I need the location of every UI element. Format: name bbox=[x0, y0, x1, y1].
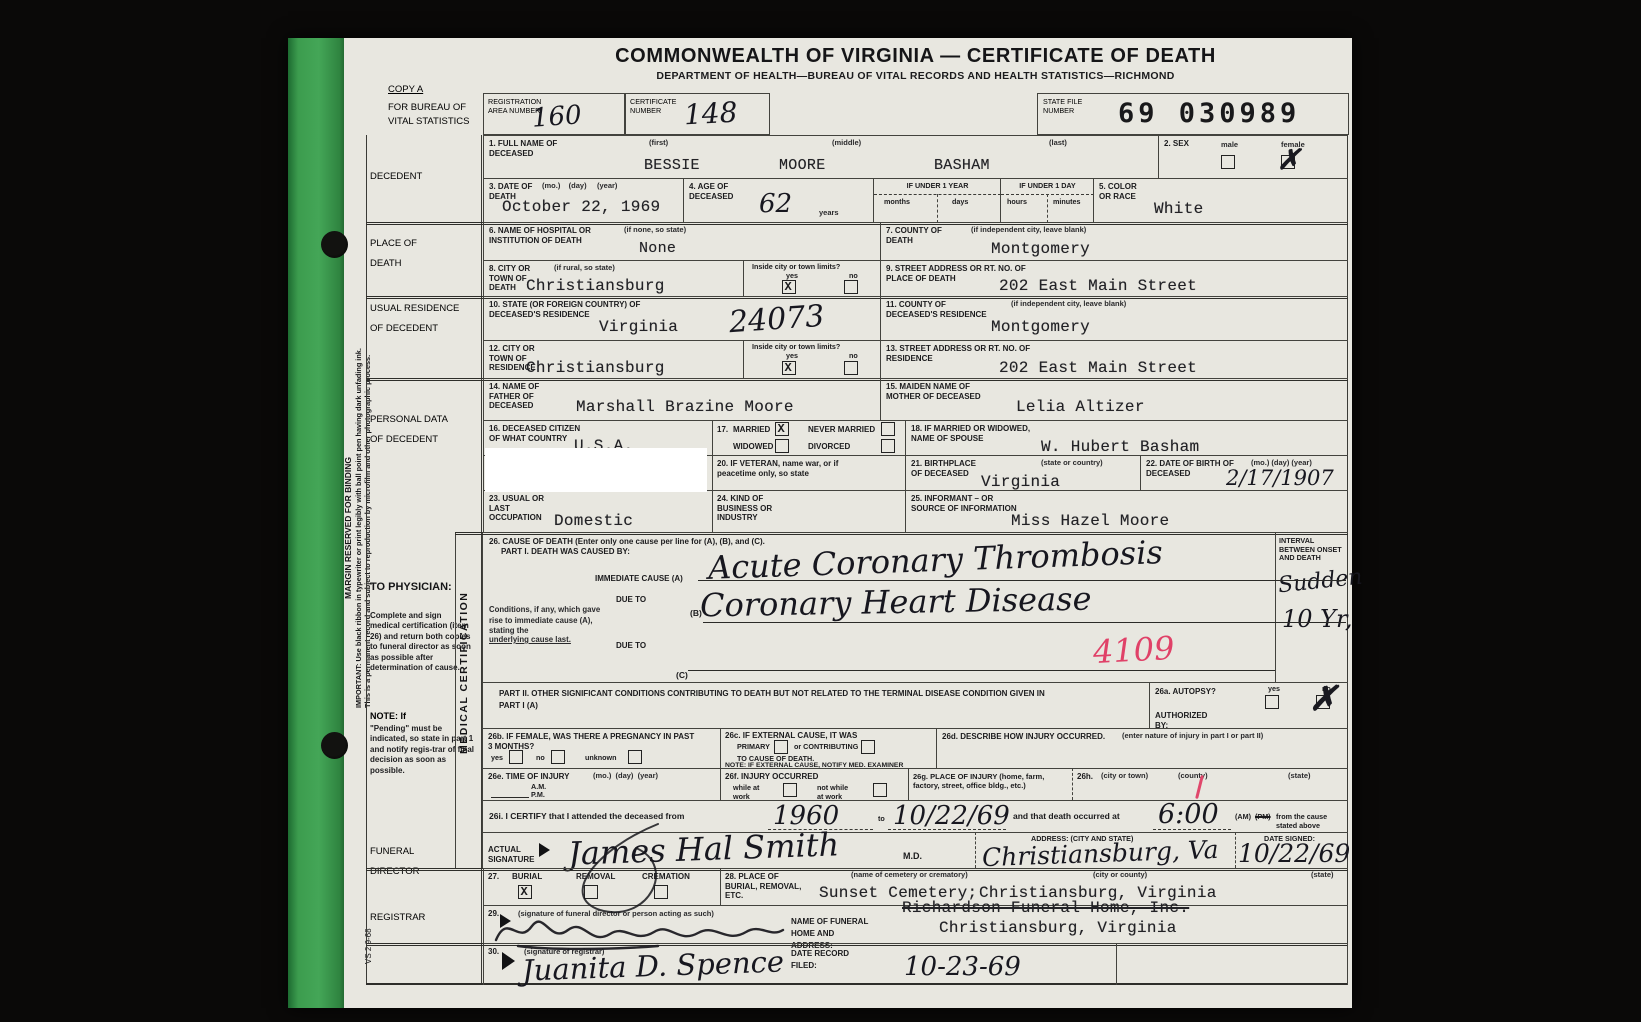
external-primary-checkbox bbox=[774, 740, 788, 754]
certificate-number-value: 148 bbox=[683, 99, 738, 130]
interval-label: INTERVAL BETWEEN ONSET AND DEATH bbox=[1279, 537, 1345, 563]
cause-c-line bbox=[688, 670, 1275, 671]
due-to-1-label: DUE TO bbox=[616, 595, 646, 605]
age-value: 62 bbox=[759, 191, 792, 217]
hospital-value: None bbox=[639, 241, 676, 256]
certify-blank-2 bbox=[888, 829, 1006, 830]
months-label: months bbox=[884, 198, 910, 207]
field-part2: PART II. OTHER SIGNIFICANT CONDITIONS CO… bbox=[483, 682, 1149, 728]
married-label: MARRIED bbox=[733, 425, 770, 435]
limits-residence-yes-checkbox: X bbox=[782, 361, 796, 375]
death-certificate-photo: MARGIN RESERVED FOR BINDING IMPORTANT: U… bbox=[0, 0, 1641, 1022]
city-of-death-value: Christiansburg bbox=[526, 278, 665, 294]
under-1-day-label: IF UNDER 1 DAY bbox=[1001, 182, 1094, 191]
certify-blank-3 bbox=[1153, 829, 1231, 830]
certify-until-value: 10/22/69 bbox=[893, 803, 1010, 829]
hint-last: (last) bbox=[1049, 139, 1067, 147]
field-under-1-day: IF UNDER 1 DAY hours minutes bbox=[1000, 178, 1093, 222]
city-of-death-hint: (if rural, so state) bbox=[554, 264, 615, 272]
informant-label: 25. INFORMANT – OR SOURCE OF INFORMATION bbox=[911, 494, 1021, 513]
conditions-note-2: underlying cause last. bbox=[489, 636, 571, 645]
sex-label: 2. SEX bbox=[1164, 139, 1189, 149]
field-age: 4. AGE OF DECEASED 62 years bbox=[683, 178, 873, 222]
field-street-residence: 13. STREET ADDRESS OR RT. NO. OF RESIDEN… bbox=[880, 340, 1348, 378]
certify-mid-label: and that death occurred at bbox=[1013, 811, 1120, 821]
days-label: days bbox=[952, 198, 968, 207]
pregnancy-yes-label: yes bbox=[491, 754, 503, 763]
cause-b-value: Coronary Heart Disease bbox=[700, 583, 1092, 622]
certify-am-label: (AM) bbox=[1235, 813, 1251, 822]
section-funeral-director: FUNERAL DIRECTOR bbox=[370, 842, 450, 882]
autopsy-label: 26a. AUTOPSY? bbox=[1155, 687, 1216, 697]
injury-time-hint: (mo.) (day) (year) bbox=[593, 772, 658, 780]
spouse-value: W. Hubert Basham bbox=[1041, 439, 1199, 455]
county-of-death-value: Montgomery bbox=[991, 241, 1090, 257]
pregnancy-no-checkbox bbox=[551, 750, 565, 764]
under-1-year-divider bbox=[937, 194, 938, 223]
county-residence-label: 11. COUNTY OF DECEASED'S RESIDENCE bbox=[886, 300, 991, 319]
field-business: 24. KIND OF BUSINESS OR INDUSTRY bbox=[712, 490, 905, 532]
not-while-at-work-checkbox bbox=[873, 783, 887, 797]
field-interval: INTERVAL BETWEEN ONSET AND DEATH Sudden … bbox=[1275, 532, 1348, 682]
county-of-death-label: 7. COUNTY OF DEATH bbox=[886, 226, 948, 245]
hospital-label: 6. NAME OF HOSPITAL OR INSTITUTION OF DE… bbox=[489, 226, 614, 245]
middle-name-value: MOORE bbox=[779, 158, 826, 173]
date-filed-label: DATE RECORD FILED: bbox=[791, 948, 861, 972]
certify-tail-label: from the cause stated above bbox=[1276, 813, 1348, 830]
section-personal-data: PERSONAL DATA OF DECEDENT bbox=[370, 410, 455, 450]
while-at-work-checkbox bbox=[783, 783, 797, 797]
pregnancy-no-label: no bbox=[536, 754, 545, 763]
county-residence-value: Montgomery bbox=[991, 319, 1090, 335]
state-file-value: 69 030989 bbox=[1118, 100, 1300, 127]
never-married-label: NEVER MARRIED bbox=[808, 425, 875, 435]
external-cause-label: 26c. IF EXTERNAL CAUSE, IT WAS bbox=[725, 731, 905, 741]
father-name-label: 14. NAME OF FATHER OF DECEASED bbox=[489, 382, 569, 411]
minutes-label: minutes bbox=[1053, 198, 1081, 207]
first-name-value: BESSIE bbox=[644, 158, 700, 173]
label-column-left-rule bbox=[366, 135, 367, 985]
field-injury-time: 26e. TIME OF INJURY (mo.) (day) (year) A… bbox=[483, 768, 720, 800]
field-external-cause: 26c. IF EXTERNAL CAUSE, IT WAS PRIMARY o… bbox=[720, 728, 936, 768]
field-injury-location: 26h. (city or town) (county) (state) bbox=[1072, 768, 1348, 800]
marital-label: 17. bbox=[717, 425, 728, 435]
binding-strip bbox=[288, 38, 344, 1008]
under-1-year-label: IF UNDER 1 YEAR bbox=[874, 182, 1001, 191]
hint-first: (first) bbox=[649, 139, 668, 147]
limits-residence-no-label: no bbox=[849, 352, 858, 361]
mother-name-label: 15. MAIDEN NAME OF MOTHER OF DECEASED bbox=[886, 382, 981, 401]
date-filed-value: 10-23-69 bbox=[904, 954, 1021, 980]
injury-state-hint: (state) bbox=[1288, 772, 1311, 780]
external-contributing-label: or CONTRIBUTING bbox=[794, 743, 858, 752]
sex-female-checkbox: ✗ bbox=[1281, 155, 1295, 169]
label-column-right-rule bbox=[481, 135, 482, 985]
hint-middle: (middle) bbox=[832, 139, 861, 147]
mother-name-value: Lelia Altizer bbox=[1016, 399, 1145, 415]
full-name-label: 1. FULL NAME OF DECEASED bbox=[489, 139, 567, 158]
field-color-race: 5. COLOR OR RACE White bbox=[1093, 178, 1348, 222]
county-of-death-hint: (if independent city, leave blank) bbox=[971, 226, 1086, 234]
pregnancy-label: 26b. IF FEMALE, WAS THERE A PREGNANCY IN… bbox=[488, 732, 698, 751]
field-mother-name: 15. MAIDEN NAME OF MOTHER OF DECEASED Le… bbox=[880, 378, 1348, 420]
autopsy-yes-label: yes bbox=[1268, 685, 1280, 694]
field-marital-status: 17. MARRIED X NEVER MARRIED WIDOWED DIVO… bbox=[712, 420, 905, 455]
cemetery-hint: (name of cemetery or crematory) bbox=[851, 871, 968, 879]
field-injury-place: 26g. PLACE OF INJURY (home, farm, factor… bbox=[908, 768, 1072, 800]
color-race-value: White bbox=[1154, 201, 1204, 217]
physician-address-value: Christiansburg, Va bbox=[982, 837, 1219, 870]
cause-c-label: (C) bbox=[676, 670, 688, 680]
field-limits-death: Inside city or town limits? yes no X bbox=[743, 260, 880, 296]
pregnancy-unknown-checkbox bbox=[628, 750, 642, 764]
birthplace-value: Virginia bbox=[981, 474, 1060, 490]
injury-description-hint: (enter nature of injury in part I or par… bbox=[1122, 732, 1263, 740]
part2-label: PART II. OTHER SIGNIFICANT CONDITIONS CO… bbox=[499, 688, 1059, 712]
section-usual-residence: USUAL RESIDENCE OF DECEDENT bbox=[370, 299, 465, 339]
external-primary-label: PRIMARY bbox=[737, 743, 770, 752]
burial-state-hint: (state) bbox=[1311, 871, 1334, 879]
limits-residence-no-checkbox bbox=[844, 361, 858, 375]
field-full-name: 1. FULL NAME OF DECEASED (first) (middle… bbox=[483, 135, 1158, 178]
field-physician-address: ADDRESS: (CITY AND STATE) Christiansburg… bbox=[975, 832, 1235, 868]
page-title: COMMONWEALTH OF VIRGINIA — CERTIFICATE O… bbox=[483, 45, 1348, 67]
county-residence-hint: (if independent city, leave blank) bbox=[1011, 300, 1126, 308]
immediate-cause-label: IMMEDIATE CAUSE (A) bbox=[595, 574, 683, 584]
street-of-death-value: 202 East Main Street bbox=[999, 278, 1197, 294]
injury-time-blank bbox=[491, 797, 529, 798]
injury-place-label: 26g. PLACE OF INJURY (home, farm, factor… bbox=[913, 772, 1068, 790]
injury-description-label: 26d. DESCRIBE HOW INJURY OCCURRED. bbox=[942, 732, 1105, 742]
age-label: 4. AGE OF DECEASED bbox=[689, 182, 744, 201]
injury-location-label: 26h. bbox=[1077, 772, 1093, 782]
field-county-residence: 11. COUNTY OF DECEASED'S RESIDENCE (if i… bbox=[880, 296, 1348, 340]
certificate-number-label: CERTIFICATE NUMBER bbox=[630, 97, 690, 115]
business-label: 24. KIND OF BUSINESS OR INDUSTRY bbox=[717, 494, 802, 523]
limits-death-yes-checkbox: X bbox=[782, 280, 796, 294]
date-of-death-hint: (mo.) (day) (year) bbox=[542, 182, 617, 190]
section-registrar: REGISTRAR bbox=[370, 912, 425, 923]
field-date-signed: DATE SIGNED: 10/22/69 bbox=[1235, 832, 1348, 868]
date-signed-value: 10/22/69 bbox=[1238, 841, 1350, 866]
limits-death-no-checkbox bbox=[844, 280, 858, 294]
date-of-death-value: October 22, 1969 bbox=[502, 199, 660, 215]
field-date-of-birth: 22. DATE OF BIRTH OF DECEASED (mo.) (day… bbox=[1140, 455, 1348, 490]
divorced-checkbox bbox=[881, 439, 895, 453]
occupation-value: Domestic bbox=[554, 513, 633, 529]
veteran-label: 20. IF VETERAN, name war, or if peacetim… bbox=[717, 459, 867, 478]
limits-death-label: Inside city or town limits? bbox=[752, 263, 882, 272]
field-street-of-death: 9. STREET ADDRESS OR RT. NO. OF PLACE OF… bbox=[880, 260, 1348, 296]
sex-male-checkbox bbox=[1221, 155, 1235, 169]
sex-male-label: male bbox=[1221, 141, 1238, 149]
interval-b-value: 10 Yr, bbox=[1282, 607, 1352, 631]
field-under-1-year: IF UNDER 1 YEAR months days bbox=[873, 178, 1000, 222]
punch-hole-bottom bbox=[321, 732, 348, 759]
birthplace-hint: (state or country) bbox=[1041, 459, 1103, 467]
field-father-name: 14. NAME OF FATHER OF DECEASED Marshall … bbox=[483, 378, 880, 420]
hospital-hint: (if none, so state) bbox=[624, 226, 686, 234]
last-name-value: BASHAM bbox=[934, 158, 990, 173]
state-file-label: STATE FILE NUMBER bbox=[1043, 97, 1098, 115]
limits-residence-yes-label: yes bbox=[786, 352, 798, 361]
page-subtitle: DEPARTMENT OF HEALTH—BUREAU OF VITAL REC… bbox=[483, 71, 1348, 83]
field-spouse: 18. IF MARRIED OR WIDOWED, NAME OF SPOUS… bbox=[905, 420, 1348, 455]
injury-time-label: 26e. TIME OF INJURY bbox=[488, 772, 570, 782]
injury-time-pm-label: P.M. bbox=[531, 791, 545, 800]
external-contributing-checkbox bbox=[861, 740, 875, 754]
certify-time-value: 6:00 bbox=[1158, 801, 1219, 828]
certify-pm-label: (PM) bbox=[1255, 813, 1271, 822]
copy-for-label: FOR BUREAU OF VITAL STATISTICS bbox=[388, 101, 480, 129]
field-limits-residence: Inside city or town limits? yes no X bbox=[743, 340, 880, 378]
divorced-label: DIVORCED bbox=[808, 442, 850, 452]
section-decedent: DECEDENT bbox=[370, 171, 422, 182]
field-registrar-empty bbox=[1116, 943, 1348, 985]
injury-at-work-label: 26f. INJURY OCCURRED bbox=[725, 772, 818, 782]
married-checkbox: X bbox=[775, 422, 789, 436]
injury-city-hint: (city or town) bbox=[1101, 772, 1148, 780]
hours-label: hours bbox=[1007, 198, 1027, 207]
pen-flourish bbox=[508, 818, 748, 928]
autopsy-no-mark: ✗ bbox=[1309, 682, 1338, 716]
while-at-work-label: while at work bbox=[733, 784, 765, 801]
conditions-note-1: Conditions, if any, which gave rise to i… bbox=[489, 605, 614, 637]
binding-permanent-text: This is a permanent record and subject t… bbox=[363, 306, 373, 756]
field-sex: 2. SEX male female ✗ bbox=[1158, 135, 1348, 178]
registrar-flag-icon bbox=[502, 952, 515, 970]
informant-value: Miss Hazel Moore bbox=[1011, 513, 1169, 529]
punch-hole-top bbox=[321, 231, 348, 258]
certify-to-label: to bbox=[878, 815, 885, 824]
physician-md-suffix: M.D. bbox=[903, 851, 922, 862]
age-suffix: years bbox=[819, 209, 839, 217]
street-residence-value: 202 East Main Street bbox=[999, 360, 1197, 376]
field-pregnancy: 26b. IF FEMALE, WAS THERE A PREGNANCY IN… bbox=[483, 728, 720, 768]
funeral-home-name-struck: Richardson Funeral Home, Inc. bbox=[902, 900, 1189, 916]
widowed-label: WIDOWED bbox=[733, 442, 773, 452]
field-city-of-death: 8. CITY OR TOWN OF DEATH (if rural, so s… bbox=[483, 260, 743, 296]
copy-label: COPY A bbox=[388, 84, 423, 95]
date-of-birth-value: 2/17/1907 bbox=[1226, 468, 1334, 489]
pregnancy-unknown-label: unknown bbox=[585, 754, 617, 763]
medical-certification-label: MEDICAL CERTIFICATION bbox=[458, 543, 480, 803]
field-date-of-death: 3. DATE OF DEATH (mo.) (day) (year) Octo… bbox=[483, 178, 683, 222]
field-veteran: 20. IF VETERAN, name war, or if peacetim… bbox=[712, 455, 905, 490]
field-city-residence: 12. CITY OR TOWN OF RESIDENCE Christians… bbox=[483, 340, 743, 378]
limits-residence-yes-mark: X bbox=[785, 362, 792, 374]
not-while-at-work-label: not while at work bbox=[817, 784, 855, 801]
disposal-label: 27. bbox=[488, 872, 499, 882]
color-race-label: 5. COLOR OR RACE bbox=[1099, 182, 1149, 201]
registration-area-value: 160 bbox=[531, 102, 582, 131]
field-occupation: 23. USUAL OR LAST OCCUPATION Domestic bbox=[483, 490, 712, 532]
certificate-paper: MARGIN RESERVED FOR BINDING IMPORTANT: U… bbox=[288, 38, 1352, 1008]
cause-code-red: 4109 bbox=[1092, 632, 1175, 668]
sex-female-mark: ✗ bbox=[1277, 146, 1300, 174]
father-name-value: Marshall Brazine Moore bbox=[576, 399, 794, 415]
residence-zip-value: 24073 bbox=[728, 302, 825, 339]
funeral-home-city: Christiansburg, Virginia bbox=[939, 920, 1177, 936]
autopsy-yes-checkbox bbox=[1265, 695, 1279, 709]
pregnancy-yes-checkbox bbox=[509, 750, 523, 764]
limits-death-yes-mark: X bbox=[785, 281, 792, 293]
field-injury-at-work: 26f. INJURY OCCURRED while at work not w… bbox=[720, 768, 908, 800]
section-place-of-death: PLACE OF DEATH bbox=[370, 234, 440, 274]
registrar-signature-value: Juanita D. Spence bbox=[522, 947, 785, 985]
limits-residence-label: Inside city or town limits? bbox=[752, 343, 882, 352]
widowed-checkbox bbox=[775, 439, 789, 453]
field-autopsy: 26a. AUTOPSY? yes no ✗ AUTHORIZED BY: bbox=[1149, 682, 1348, 728]
never-married-checkbox bbox=[881, 422, 895, 436]
cause-part1-label: PART I. DEATH WAS CAUSED BY: bbox=[501, 547, 630, 557]
registration-area-box: REGISTRATION AREA NUMBER 160 bbox=[483, 93, 625, 135]
due-to-2-label: DUE TO bbox=[616, 641, 646, 651]
under-1-day-divider bbox=[1047, 194, 1048, 223]
city-residence-value: Christiansburg bbox=[526, 360, 665, 376]
field-injury-description: 26d. DESCRIBE HOW INJURY OCCURRED. (ente… bbox=[936, 728, 1348, 768]
date-of-birth-label: 22. DATE OF BIRTH OF DECEASED bbox=[1146, 459, 1236, 478]
state-residence-value: Virginia bbox=[599, 319, 678, 335]
birthplace-label: 21. BIRTHPLACE OF DECEASED bbox=[911, 459, 981, 478]
burial-city-hint: (city or county) bbox=[1093, 871, 1147, 879]
field-state-residence: 10. STATE (OR FOREIGN COUNTRY) OF DECEAS… bbox=[483, 296, 880, 340]
autopsy-no-checkbox: ✗ bbox=[1316, 695, 1330, 709]
married-mark: X bbox=[778, 423, 785, 435]
field-hospital: 6. NAME OF HOSPITAL OR INSTITUTION OF DE… bbox=[483, 222, 880, 260]
state-residence-label: 10. STATE (OR FOREIGN COUNTRY) OF DECEAS… bbox=[489, 300, 669, 319]
occupation-label: 23. USUAL OR LAST OCCUPATION bbox=[489, 494, 559, 523]
redaction-box bbox=[485, 448, 707, 492]
field-informant: 25. INFORMANT – OR SOURCE OF INFORMATION… bbox=[905, 490, 1348, 532]
interval-a-value: Sudden bbox=[1277, 567, 1363, 598]
field-county-of-death: 7. COUNTY OF DEATH (if independent city,… bbox=[880, 222, 1348, 260]
state-file-box: STATE FILE NUMBER 69 030989 bbox=[1037, 93, 1349, 135]
field-birthplace: 21. BIRTHPLACE OF DECEASED (state or cou… bbox=[905, 455, 1140, 490]
certificate-number-box: CERTIFICATE NUMBER 148 bbox=[625, 93, 770, 135]
spouse-label: 18. IF MARRIED OR WIDOWED, NAME OF SPOUS… bbox=[911, 424, 1041, 443]
